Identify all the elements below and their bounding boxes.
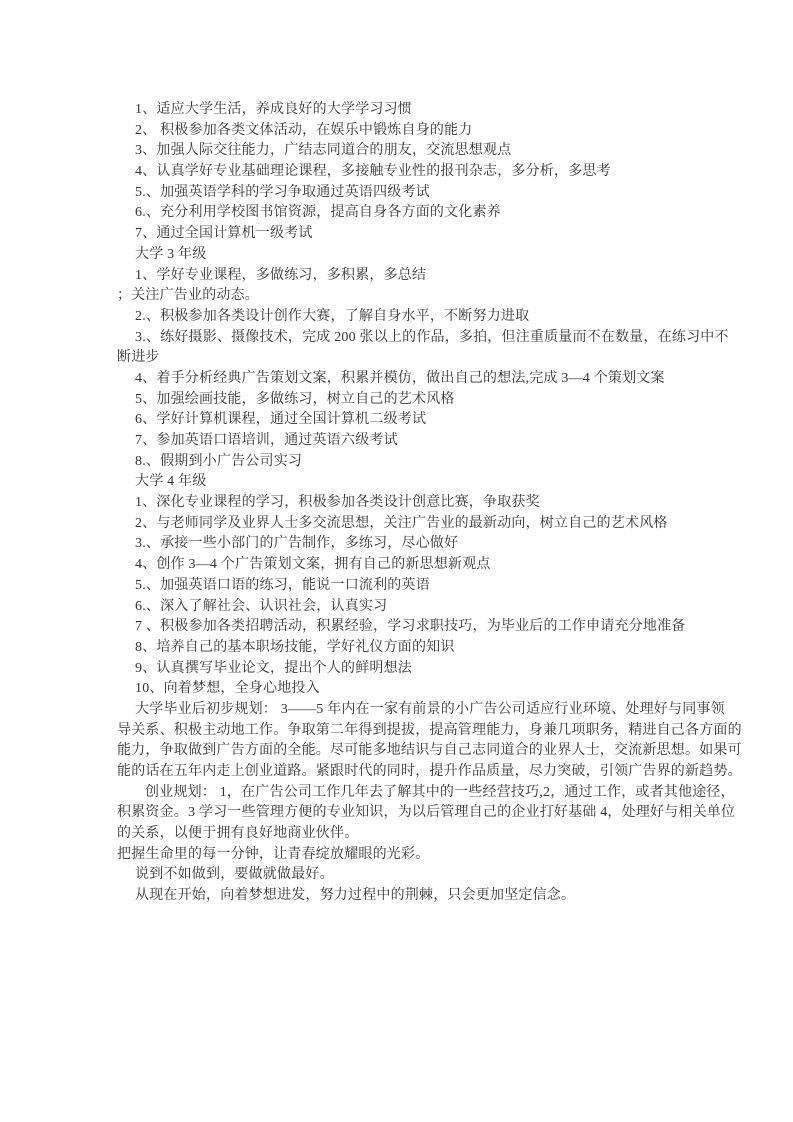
- document-line: 5、加强绘画技能，多做练习，树立自己的艺术风格: [117, 390, 683, 411]
- document-text-block: 1、适应大学生活，养成良好的大学学习习惯 2、 积极参加各类文体活动，在娱乐中锻…: [117, 100, 683, 907]
- document-line: 从现在开始，向着梦想进发，努力过程中的荆棘，只会更加坚定信念。: [117, 886, 683, 907]
- document-line: 4、创作 3—4 个广告策划文案，拥有自己的新思想新观点: [117, 555, 683, 576]
- document-line: 积累资金。3 学习一些管理方便的专业知识，为以后管理自己的企业打好基础 4，处理…: [117, 803, 683, 824]
- document-line: 4、认真学好专业基础理论课程，多接触专业性的报刊杂志，多分析，多思考: [117, 162, 683, 183]
- document-line: ；关注广告业的动态。: [117, 286, 683, 307]
- document-line: 3.、承接一些小部门的广告制作，多练习，尽心做好: [117, 534, 683, 555]
- document-line: 能力，争取做到广告方面的全能。尽可能多地结识与自己志同道合的业界人士，交流新思想…: [117, 741, 683, 762]
- document-line: 5.、加强英语口语的练习，能说一口流利的英语: [117, 576, 683, 597]
- document-line: 能的话在五年内走上创业道路。紧跟时代的同时，提升作品质量，尽力突破，引领广告界的…: [117, 762, 683, 783]
- document-line: 把握生命里的每一分钟，让青春绽放耀眼的光彩。: [117, 845, 683, 866]
- paragraph-startup-plan: 创业规划： 1，在广告公司工作几年去了解其中的一些经营技巧,2，通过工作，或者其…: [117, 783, 683, 804]
- section-heading-year4: 大学 4 年级: [117, 472, 683, 493]
- document-line: 8、培养自己的基本职场技能，学好礼仪方面的知识: [117, 638, 683, 659]
- document-line: 9、认真撰写毕业论文，提出个人的鲜明想法: [117, 659, 683, 680]
- document-line: 1、学好专业课程，多做练习，多积累，多总结: [117, 266, 683, 287]
- document-line: 6、学好计算机课程，通过全国计算机二级考试: [117, 410, 683, 431]
- document-line: 导关系、积极主动地工作。争取第二年得到提拔，提高管理能力，身兼几项职务，精进自己…: [117, 721, 683, 742]
- document-line: 7、参加英语口语培训，通过英语六级考试: [117, 431, 683, 452]
- document-line: 5.、加强英语学科的学习争取通过英语四级考试: [117, 183, 683, 204]
- document-line: 2、与老师同学及业界人士多交流思想，关注广告业的最新动向，树立自己的艺术风格: [117, 514, 683, 535]
- document-line: 7 、积极参加各类招聘活动，积累经验，学习求职技巧，为毕业后的工作申请充分地准备: [117, 617, 683, 638]
- section-heading-year3: 大学 3 年级: [117, 245, 683, 266]
- document-line: 2、 积极参加各类文体活动，在娱乐中锻炼自身的能力: [117, 121, 683, 142]
- document-page: 1、适应大学生活，养成良好的大学学习习惯 2、 积极参加各类文体活动，在娱乐中锻…: [0, 0, 793, 1122]
- document-line: 6.、深入了解社会、认识社会，认真实习: [117, 597, 683, 618]
- document-line: 1、深化专业课程的学习，积极参加各类设计创意比赛，争取获奖: [117, 493, 683, 514]
- document-line: 6.、充分利用学校图书馆资源，提高自身各方面的文化素养: [117, 203, 683, 224]
- document-line: 3.、练好摄影、摄像技术，完成 200 张以上的作品，多拍，但注重质量而不在数量…: [117, 328, 683, 349]
- document-line: 断进步: [117, 348, 683, 369]
- document-line: 的关系，以便于拥有良好地商业伙伴。: [117, 824, 683, 845]
- document-line: 7、通过全国计算机一级考试: [117, 224, 683, 245]
- document-line: 说到不如做到，要做就做最好。: [117, 865, 683, 886]
- paragraph-postgrad-plan: 大学毕业后初步规划： 3——5 年内在一家有前景的小广告公司适应行业环境、处理好…: [117, 700, 683, 721]
- document-line: 4、着手分析经典广告策划文案，积累并模仿，做出自己的想法,完成 3—4 个策划文…: [117, 369, 683, 390]
- document-line: 3、加强人际交往能力，广结志同道合的朋友，交流思想观点: [117, 141, 683, 162]
- document-line: 10、向着梦想，全身心地投入: [117, 679, 683, 700]
- document-line: 8.、假期到小广告公司实习: [117, 452, 683, 473]
- document-line: 1、适应大学生活，养成良好的大学学习习惯: [117, 100, 683, 121]
- document-line: 2.、积极参加各类设计创作大赛，了解自身水平，不断努力进取: [117, 307, 683, 328]
